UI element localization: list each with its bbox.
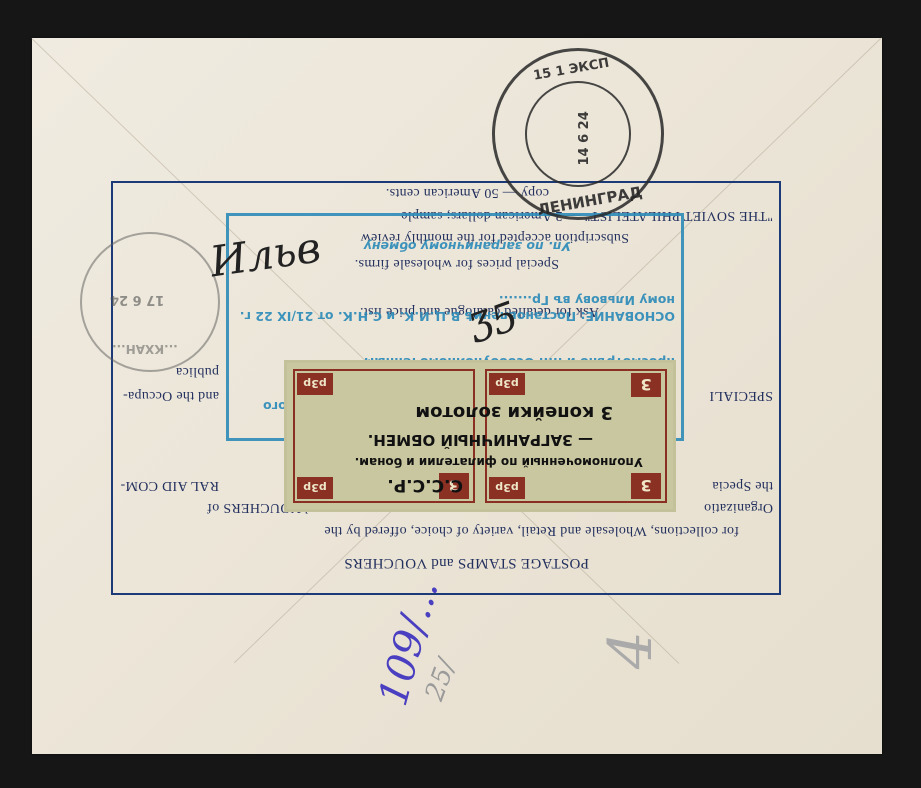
overprint-ussr: С.С.С.Р. [387, 475, 463, 495]
overprint-value: 3 копейки золотом [415, 402, 613, 423]
revenue-stamp-pair: 3 3 р3р р3р 3 р3р р3р С.С.С.Р. Уполномоч… [287, 363, 673, 509]
blue-stamp-line: Уп. по заграничному обмену [364, 239, 571, 254]
ad-line: Organizatio [704, 499, 773, 515]
stamp-corner-label: р3р [489, 477, 525, 499]
postmark-date: 14 6 24 [577, 111, 592, 165]
gray-pencil-number: 4 [596, 631, 666, 669]
stamp-corner-label: р3р [297, 373, 333, 395]
blue-stamp-line: ному Ильвову въ Гр....... [499, 293, 675, 308]
stamp-corner-label: р3р [489, 373, 525, 395]
stamp-denomination: 3 [631, 473, 661, 499]
ad-line: SPECIALI [709, 387, 773, 403]
ad-line: for collections, Wholesale and Retail, v… [324, 522, 739, 538]
arrival-postmark: 17 6 24 ...КХАН... [80, 232, 220, 372]
arrival-postmark-city: ...КХАН... [112, 342, 178, 356]
ad-heading: POSTAGE STAMPS and VOUCHERS [344, 554, 589, 571]
stamp-denomination: 3 [631, 373, 661, 397]
arrival-postmark-date: 17 6 24 [110, 292, 164, 307]
overprint-line: Уполномоченный по филателии и бонам. [355, 455, 643, 469]
stamp-corner-label: р3р [297, 477, 333, 499]
ad-line: the Specia [712, 477, 773, 493]
overprint-line: — ЗАГРАНИЧНЫЙ ОБМЕН. [368, 431, 593, 449]
postmark-office: 15 1 ЭКСП [532, 56, 610, 84]
ad-line: publica [176, 363, 219, 379]
ad-line: and the Occupa- [123, 387, 219, 403]
ad-line: RAL AID COM- [120, 477, 219, 493]
blue-stamp-line: ОСНОВАНИЕ: Постановлениѣ В.Ц.И.К. и С.Н.… [240, 309, 675, 324]
